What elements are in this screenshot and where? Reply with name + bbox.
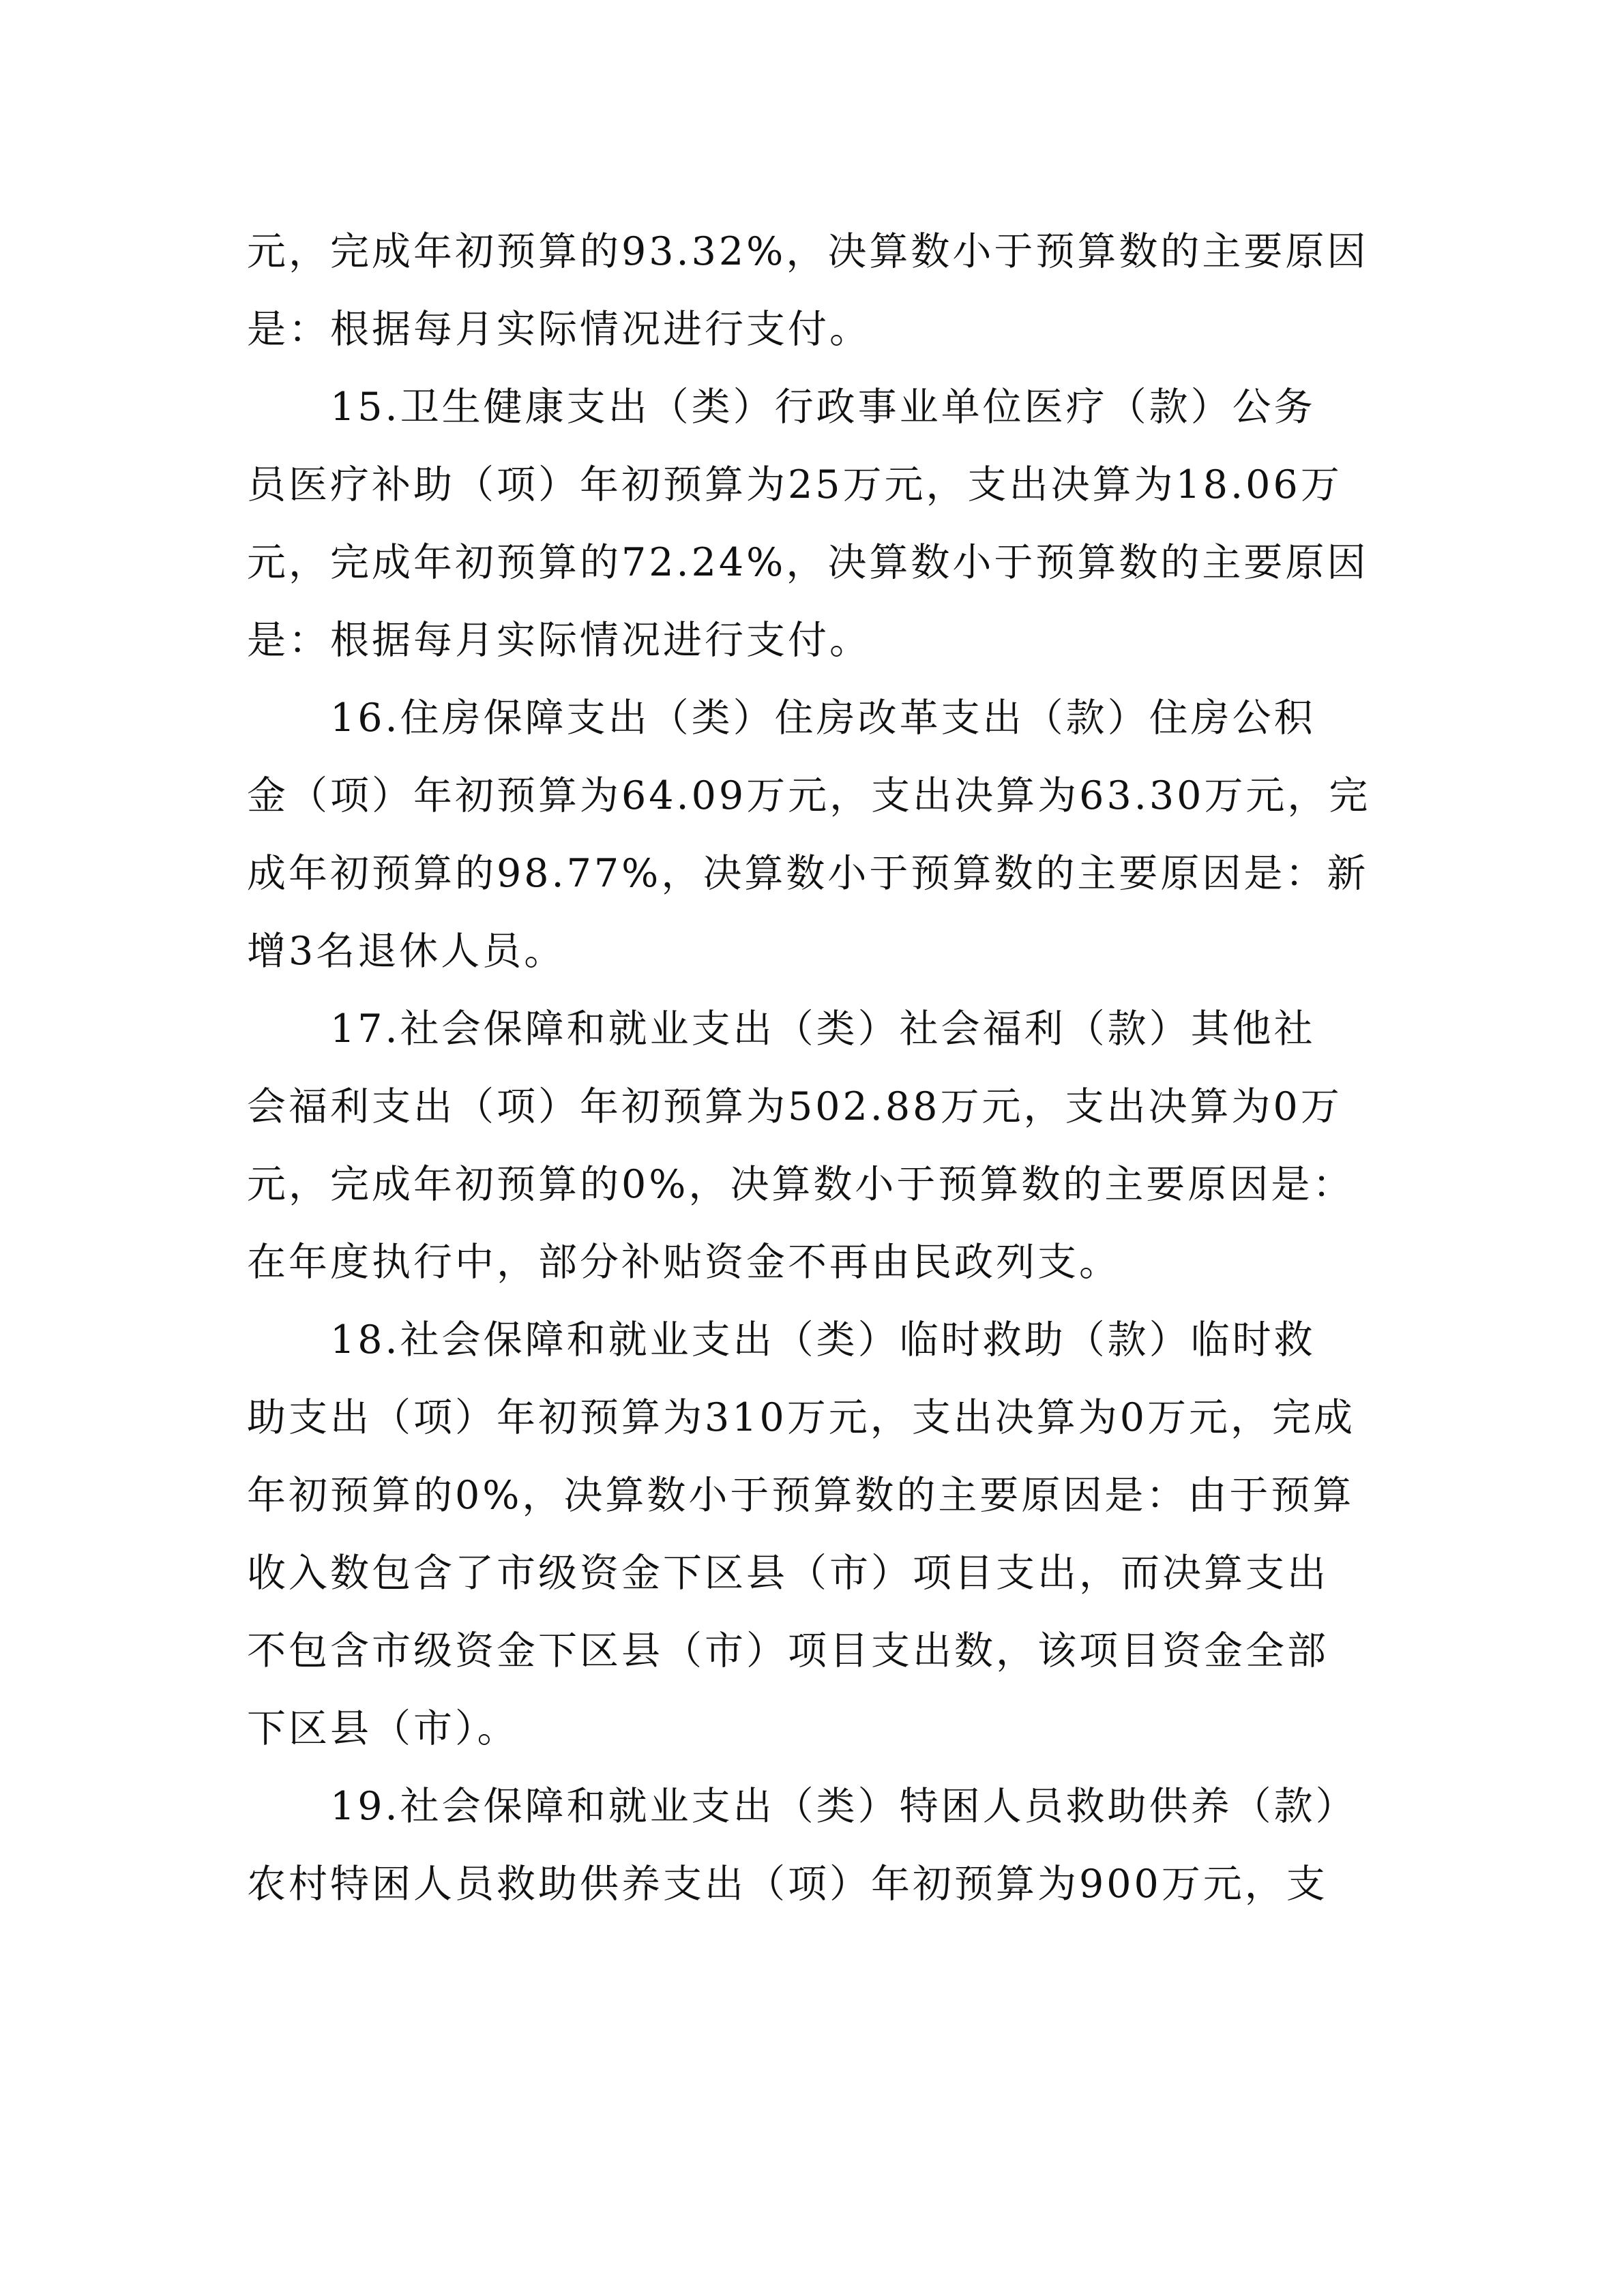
text-line: 下区县（市）。 xyxy=(247,1690,1379,1768)
text-line: 员医疗补助（项）年初预算为25万元，支出决算为18.06万 xyxy=(247,446,1379,524)
paragraph-18: 18.社会保障和就业支出（类）临时救助（款）临时救 助支出（项）年初预算为310… xyxy=(247,1301,1379,1768)
text-line: 不包含市级资金下区县（市）项目支出数，该项目资金全部 xyxy=(247,1612,1379,1690)
paragraph-14-continuation: 元，完成年初预算的93.32%，决算数小于预算数的主要原因 是：根据每月实际情况… xyxy=(247,213,1379,368)
text-line: 18.社会保障和就业支出（类）临时救助（款）临时救 xyxy=(247,1301,1379,1379)
text-line: 元，完成年初预算的72.24%，决算数小于预算数的主要原因 xyxy=(247,524,1379,601)
text-line: 15.卫生健康支出（类）行政事业单位医疗（款）公务 xyxy=(247,368,1379,446)
text-line: 17.社会保障和就业支出（类）社会福利（款）其他社 xyxy=(247,990,1379,1068)
text-line: 助支出（项）年初预算为310万元，支出决算为0万元，完成 xyxy=(247,1379,1379,1457)
text-line: 是：根据每月实际情况进行支付。 xyxy=(247,601,1379,679)
text-line: 在年度执行中，部分补贴资金不再由民政列支。 xyxy=(247,1223,1379,1301)
text-line: 元，完成年初预算的93.32%，决算数小于预算数的主要原因 xyxy=(247,213,1379,290)
text-line: 成年初预算的98.77%，决算数小于预算数的主要原因是：新 xyxy=(247,835,1379,912)
paragraph-19: 19.社会保障和就业支出（类）特困人员救助供养（款） 农村特困人员救助供养支出（… xyxy=(247,1768,1379,1923)
text-line: 金（项）年初预算为64.09万元，支出决算为63.30万元，完 xyxy=(247,757,1379,835)
paragraph-15: 15.卫生健康支出（类）行政事业单位医疗（款）公务 员医疗补助（项）年初预算为2… xyxy=(247,368,1379,679)
paragraph-17: 17.社会保障和就业支出（类）社会福利（款）其他社 会福利支出（项）年初预算为5… xyxy=(247,990,1379,1301)
text-line: 年初预算的0%，决算数小于预算数的主要原因是：由于预算 xyxy=(247,1457,1379,1534)
text-line: 会福利支出（项）年初预算为502.88万元，支出决算为0万 xyxy=(247,1068,1379,1146)
text-line: 增3名退休人员。 xyxy=(247,912,1379,990)
text-line: 19.社会保障和就业支出（类）特困人员救助供养（款） xyxy=(247,1768,1379,1845)
text-line: 收入数包含了市级资金下区县（市）项目支出，而决算支出 xyxy=(247,1534,1379,1612)
text-line: 农村特困人员救助供养支出（项）年初预算为900万元，支 xyxy=(247,1845,1379,1923)
text-line: 是：根据每月实际情况进行支付。 xyxy=(247,290,1379,368)
text-line: 16.住房保障支出（类）住房改革支出（款）住房公积 xyxy=(247,679,1379,757)
document-page: 元，完成年初预算的93.32%，决算数小于预算数的主要原因 是：根据每月实际情况… xyxy=(247,213,1379,1923)
paragraph-16: 16.住房保障支出（类）住房改革支出（款）住房公积 金（项）年初预算为64.09… xyxy=(247,679,1379,990)
text-line: 元，完成年初预算的0%，决算数小于预算数的主要原因是： xyxy=(247,1146,1379,1223)
